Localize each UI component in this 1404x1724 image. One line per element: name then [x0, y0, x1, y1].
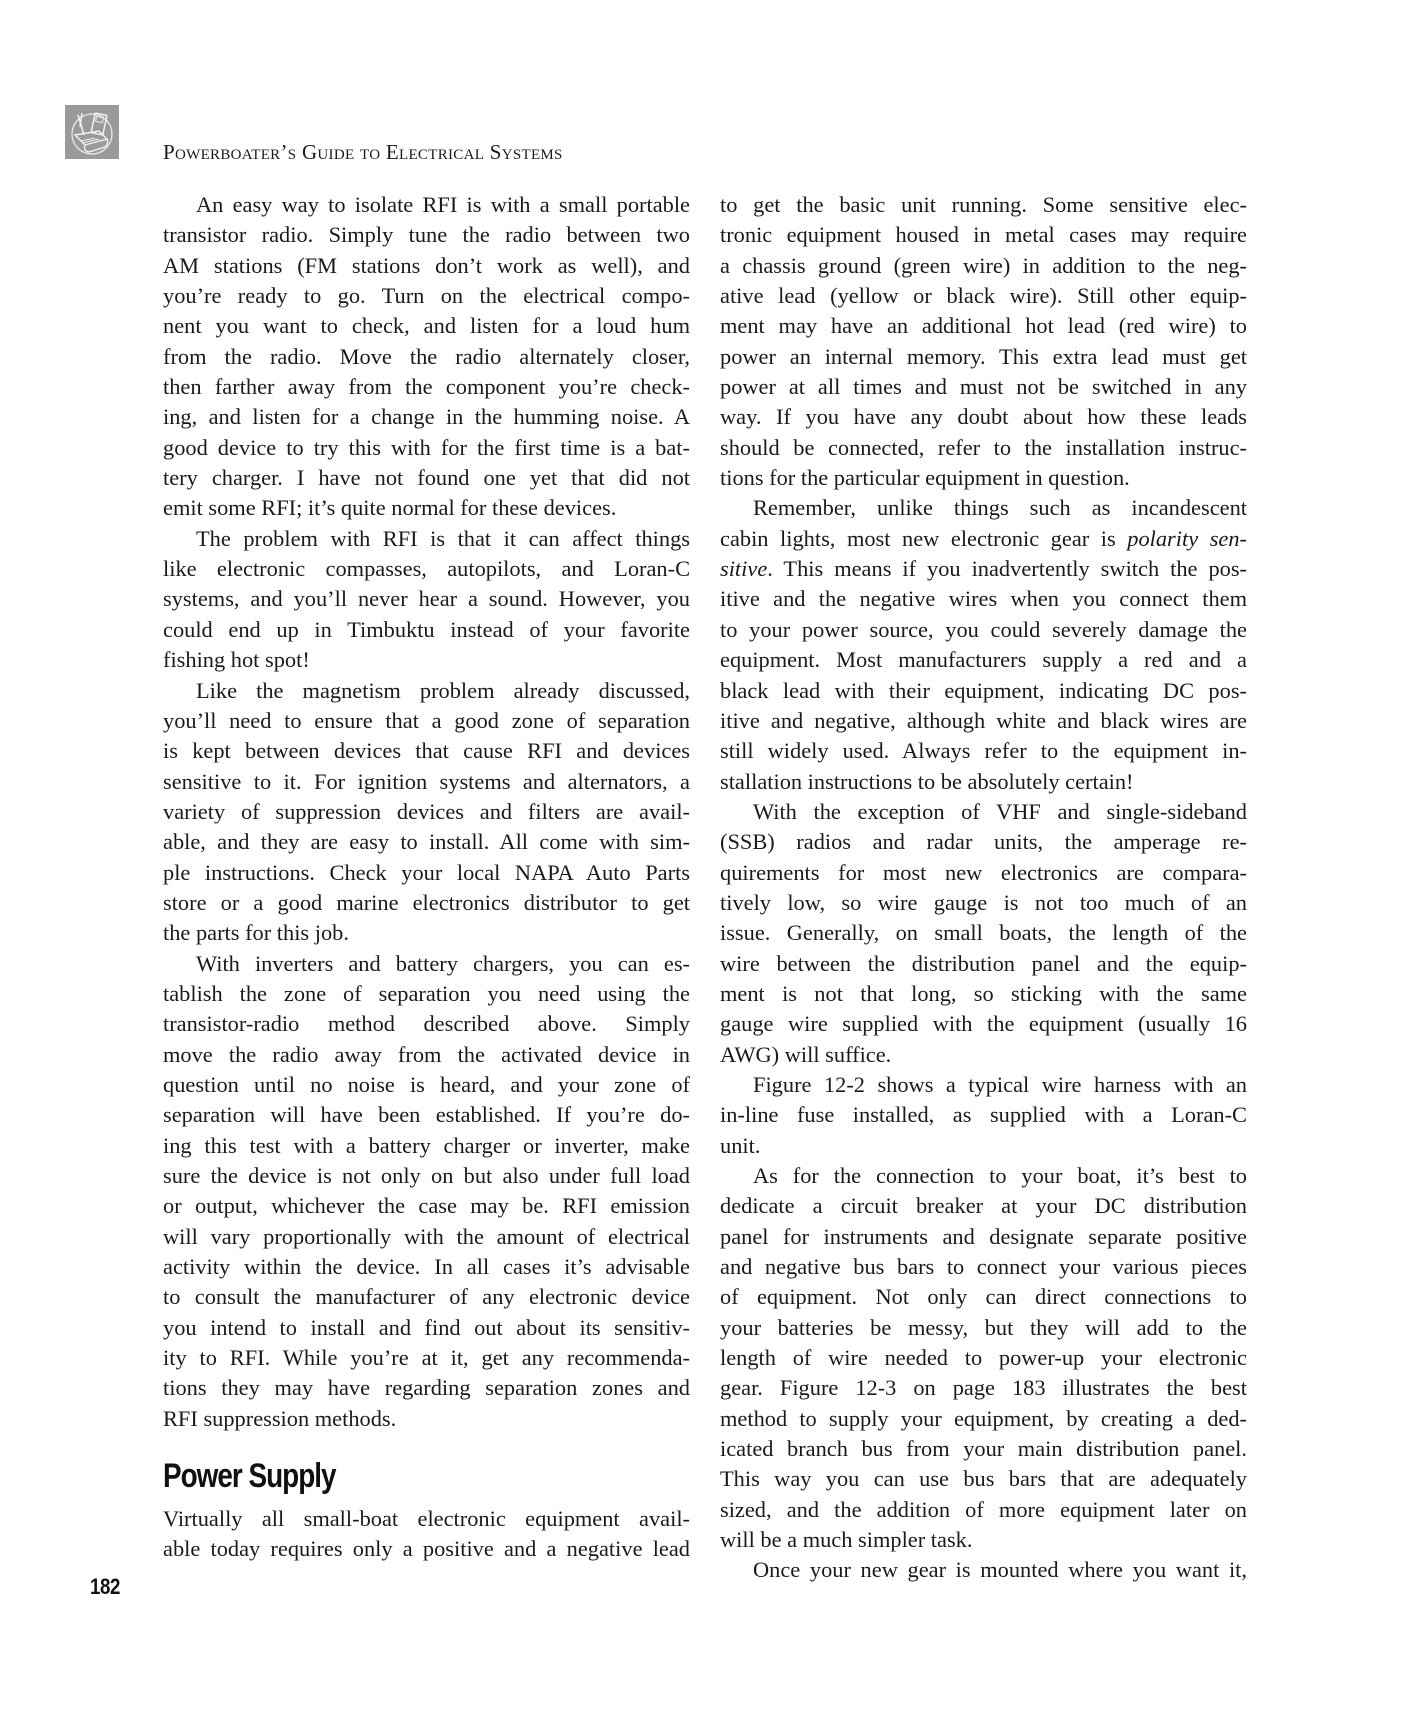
text-line: issue. Generally, on small boats, the le…: [720, 918, 1247, 948]
text-line: transistor-radio method described above.…: [163, 1009, 690, 1039]
text-line: question until no noise is heard, and yo…: [163, 1070, 690, 1100]
text-line: Once your new gear is mounted where you …: [720, 1555, 1247, 1585]
text-line: activity within the device. In all cases…: [163, 1252, 690, 1282]
text-line: to get the basic unit running. Some sens…: [720, 190, 1247, 220]
text-line: move the radio away from the activated d…: [163, 1040, 690, 1070]
text-line: This way you can use bus bars that are a…: [720, 1464, 1247, 1494]
text-line: systems, and you’ll never hear a sound. …: [163, 584, 690, 614]
text-line: of equipment. Not only can direct connec…: [720, 1282, 1247, 1312]
emphasis-text: polarity sen-: [1127, 526, 1247, 551]
text-line: you intend to install and find out about…: [163, 1313, 690, 1343]
text-line: Virtually all small-boat electronic equi…: [163, 1504, 690, 1534]
text-line: wire between the distribution panel and …: [720, 949, 1247, 979]
paragraph: With the exception of VHF and single-sid…: [720, 797, 1247, 1070]
text-line: variety of suppression devices and filte…: [163, 797, 690, 827]
text-line: way. If you have any doubt about how the…: [720, 402, 1247, 432]
text-run: cabin lights, most new electronic gear i…: [720, 526, 1127, 551]
text-line: or output, whichever the case may be. RF…: [163, 1191, 690, 1221]
text-line: fishing hot spot!: [163, 645, 690, 675]
paragraph: With inverters and battery chargers, you…: [163, 949, 690, 1435]
paragraph: Virtually all small-boat electronic equi…: [163, 1504, 690, 1565]
text-line: AWG) will suffice.: [720, 1040, 1247, 1070]
text-line: equipment. Most manufacturers supply a r…: [720, 645, 1247, 675]
text-line: AM stations (FM stations don’t work as w…: [163, 251, 690, 281]
text-line: unit.: [720, 1131, 1247, 1161]
text-line: could end up in Timbuktu instead of your…: [163, 615, 690, 645]
electrical-tools-illustration-icon: [65, 105, 119, 159]
text-line: from the radio. Move the radio alternate…: [163, 342, 690, 372]
text-line: An easy way to isolate RFI is with a sma…: [163, 190, 690, 220]
text-line: ing, and listen for a change in the humm…: [163, 402, 690, 432]
text-line: your batteries be messy, but they will a…: [720, 1313, 1247, 1343]
text-line: itive and negative, although white and b…: [720, 706, 1247, 736]
right-column: to get the basic unit running. Some sens…: [720, 190, 1247, 1586]
text-line: tions they may have regarding separation…: [163, 1373, 690, 1403]
text-line: sitive. This means if you inadvertently …: [720, 554, 1247, 584]
text-line: tablish the zone of separation you need …: [163, 979, 690, 1009]
emphasis-text: sitive: [720, 556, 767, 581]
text-line: tronic equipment housed in metal cases m…: [720, 220, 1247, 250]
text-line: icated branch bus from your main distrib…: [720, 1434, 1247, 1464]
paragraph: The problem with RFI is that it can affe…: [163, 524, 690, 676]
paragraph: to get the basic unit running. Some sens…: [720, 190, 1247, 493]
text-line: should be connected, refer to the instal…: [720, 433, 1247, 463]
text-line: you’re ready to go. Turn on the electric…: [163, 281, 690, 311]
text-line: sensitive to it. For ignition systems an…: [163, 767, 690, 797]
paragraph: Remember, unlike things such as incandes…: [720, 493, 1247, 796]
text-line: The problem with RFI is that it can affe…: [163, 524, 690, 554]
text-line: power at all times and must not be switc…: [720, 372, 1247, 402]
text-line: With the exception of VHF and single-sid…: [720, 797, 1247, 827]
text-line: quirements for most new electronics are …: [720, 858, 1247, 888]
page-number: 182: [90, 1574, 120, 1600]
text-line: tively low, so wire gauge is not too muc…: [720, 888, 1247, 918]
text-line: stallation instructions to be absolutely…: [720, 767, 1247, 797]
text-line: still widely used. Always refer to the e…: [720, 736, 1247, 766]
text-line: in-line fuse installed, as supplied with…: [720, 1100, 1247, 1130]
text-line: ment is not that long, so sticking with …: [720, 979, 1247, 1009]
text-line: able, and they are easy to install. All …: [163, 827, 690, 857]
text-line: transistor radio. Simply tune the radio …: [163, 220, 690, 250]
text-line: black lead with their equipment, indicat…: [720, 676, 1247, 706]
text-line: is kept between devices that cause RFI a…: [163, 736, 690, 766]
text-line: nent you want to check, and listen for a…: [163, 311, 690, 341]
text-line: Like the magnetism problem already discu…: [163, 676, 690, 706]
paragraph: Like the magnetism problem already discu…: [163, 676, 690, 949]
text-line: able today requires only a positive and …: [163, 1534, 690, 1564]
tools-illustration-svg: [65, 105, 119, 159]
text-line: emit some RFI; it’s quite normal for the…: [163, 493, 690, 523]
text-line: ple instructions. Check your local NAPA …: [163, 858, 690, 888]
paragraph: Once your new gear is mounted where you …: [720, 1555, 1247, 1585]
text-line: store or a good marine electronics distr…: [163, 888, 690, 918]
text-line: sure the device is not only on but also …: [163, 1161, 690, 1191]
text-line: tery charger. I have not found one yet t…: [163, 463, 690, 493]
paragraph: Figure 12-2 shows a typical wire harness…: [720, 1070, 1247, 1161]
text-line: the parts for this job.: [163, 918, 690, 948]
text-line: to your power source, you could severely…: [720, 615, 1247, 645]
text-line: ing this test with a battery charger or …: [163, 1131, 690, 1161]
text-line: tions for the particular equipment in qu…: [720, 463, 1247, 493]
text-line: will be a much simpler task.: [720, 1525, 1247, 1555]
paragraph: As for the connection to your boat, it’s…: [720, 1161, 1247, 1555]
section-heading-power-supply: Power Supply: [163, 1456, 595, 1496]
text-line: a chassis ground (green wire) in additio…: [720, 251, 1247, 281]
paragraph: An easy way to isolate RFI is with a sma…: [163, 190, 690, 524]
text-line: sized, and the addition of more equipmen…: [720, 1495, 1247, 1525]
text-line: gauge wire supplied with the equipment (…: [720, 1009, 1247, 1039]
text-line: method to supply your equipment, by crea…: [720, 1404, 1247, 1434]
text-line: good device to try this with for the fir…: [163, 433, 690, 463]
text-line: like electronic compasses, autopilots, a…: [163, 554, 690, 584]
text-line: you’ll need to ensure that a good zone o…: [163, 706, 690, 736]
text-line: separation will have been established. I…: [163, 1100, 690, 1130]
text-line: As for the connection to your boat, it’s…: [720, 1161, 1247, 1191]
text-line: and negative bus bars to connect your va…: [720, 1252, 1247, 1282]
text-line: length of wire needed to power-up your e…: [720, 1343, 1247, 1373]
text-line: will vary proportionally with the amount…: [163, 1222, 690, 1252]
text-run: . This means if you inadvertently switch…: [767, 556, 1247, 581]
text-line: power an internal memory. This extra lea…: [720, 342, 1247, 372]
text-line: panel for instruments and designate sepa…: [720, 1222, 1247, 1252]
text-line: RFI suppression methods.: [163, 1404, 690, 1434]
text-line: cabin lights, most new electronic gear i…: [720, 524, 1247, 554]
text-line: to consult the manufacturer of any elect…: [163, 1282, 690, 1312]
text-line: Remember, unlike things such as incandes…: [720, 493, 1247, 523]
text-line: dedicate a circuit breaker at your DC di…: [720, 1191, 1247, 1221]
text-line: (SSB) radios and radar units, the ampera…: [720, 827, 1247, 857]
text-line: then farther away from the component you…: [163, 372, 690, 402]
text-line: With inverters and battery chargers, you…: [163, 949, 690, 979]
text-line: gear. Figure 12-3 on page 183 illustrate…: [720, 1373, 1247, 1403]
text-line: ity to RFI. While you’re at it, get any …: [163, 1343, 690, 1373]
text-line: ative lead (yellow or black wire). Still…: [720, 281, 1247, 311]
text-line: itive and the negative wires when you co…: [720, 584, 1247, 614]
running-head: Powerboater’s Guide to Electrical System…: [163, 140, 563, 165]
text-line: Figure 12-2 shows a typical wire harness…: [720, 1070, 1247, 1100]
text-line: ment may have an additional hot lead (re…: [720, 311, 1247, 341]
left-column: An easy way to isolate RFI is with a sma…: [163, 190, 690, 1565]
